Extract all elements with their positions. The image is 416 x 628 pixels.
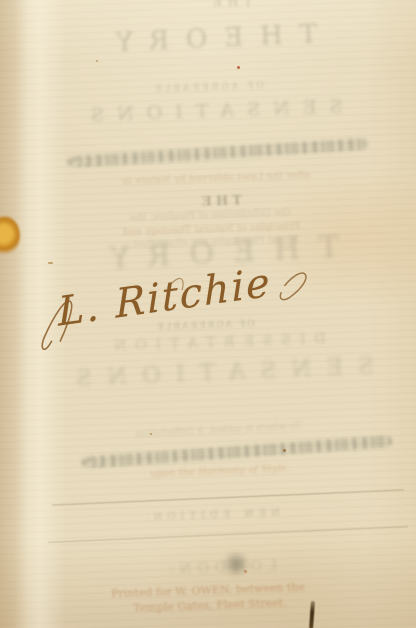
ghost-sensations-top-text: SENSATIONS	[77, 95, 342, 126]
ghost-fragment-1: after the Laws obferved by Nature in	[66, 168, 366, 189]
foxing-dot-6	[48, 262, 53, 264]
ghost-edition-text: NEW EDITION.	[140, 508, 279, 524]
ghost-theory-top-text: THEORY	[98, 19, 317, 58]
ghost-fragment-5-text: To which is added, A Differtation	[135, 421, 302, 441]
ghost-fragment-6-text: upon the Harmony of Style.	[150, 463, 290, 480]
ghost-sensations-top: SENSATIONS	[55, 95, 366, 128]
ghost-imprint-line-2-text: Temple Gates, Fleet Street.	[133, 596, 287, 614]
ghost-edition: NEW EDITION.	[125, 507, 295, 524]
ghost-fragment-1-text: after the Laws obferved by Nature in	[122, 170, 311, 188]
orange-stain	[0, 216, 20, 256]
ghost-london-text: LONDON:	[163, 558, 278, 578]
ghost-theory-top: THEORY	[57, 17, 358, 60]
ghost-london: LONDON:	[145, 557, 295, 578]
rule-top	[52, 489, 404, 505]
ghost-agreeable-top-text: OF AGREEABLE	[152, 81, 264, 95]
foxing-dot-3	[283, 449, 286, 452]
ghost-the-mid-text: THE	[198, 193, 242, 210]
foxing-dot-5	[244, 570, 247, 573]
ghost-fragment-5: To which is added, A Differtation	[88, 418, 348, 443]
foxing-dot-1	[237, 66, 240, 69]
ornament-band-top	[66, 138, 368, 168]
ghost-the-top-text: THE	[207, 0, 252, 9]
foxing-dot-2	[96, 60, 98, 62]
ink-stroke-mark	[309, 601, 315, 628]
ghost-the-top: THE	[150, 0, 310, 9]
book-page-photo: THE THEORY OF AGREEABLE SENSATIONS after…	[0, 0, 416, 628]
rule-bottom	[48, 526, 408, 543]
foxing-dot-4	[150, 433, 152, 435]
ghost-agreeable-top: OF AGREEABLE	[118, 80, 298, 96]
